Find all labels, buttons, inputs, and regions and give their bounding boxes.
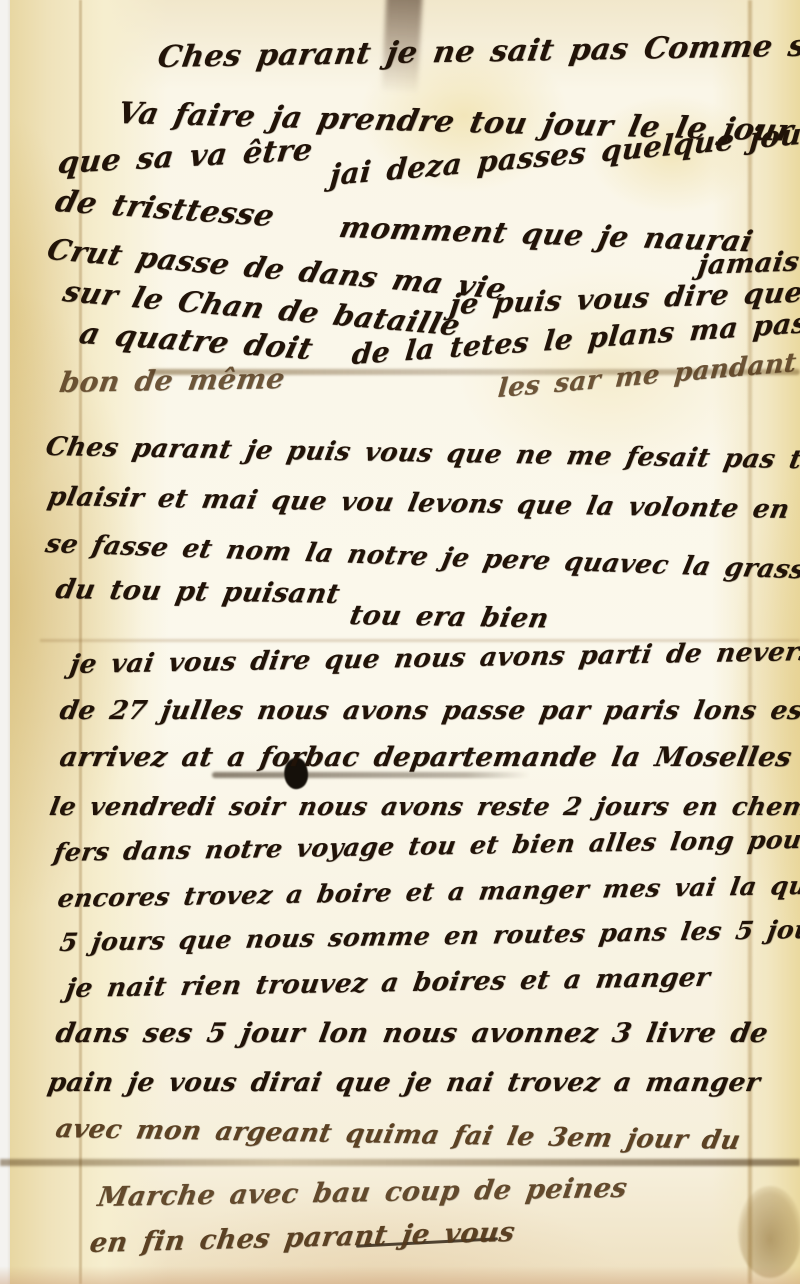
letter-line: Marche avec bau coup de peines [96,1173,630,1213]
letter-paper: Ches parant je ne sait pas Comme saVa fa… [0,0,800,1284]
letter-line: je nait rien trouvez a boires et a mange… [64,963,713,1004]
letter-line: pain je vous dirai que je nai trovez a m… [45,1068,762,1098]
letter-line: momment que je naurai [336,210,756,258]
fingerprint-stain [738,1186,800,1278]
letter-line: dans ses 5 jour lon nous avonnez 3 livre… [53,1018,770,1049]
letter-line: en fin ches parant je vous [88,1217,517,1259]
letter-line: Ches parant je ne sait pas Comme sa [155,28,800,75]
letter-line: de 27 julles nous avons passe par paris … [57,696,800,726]
letter-line: 5 jours que nous somme en routes pans le… [58,915,800,957]
letter-line: bon de même [57,362,287,399]
letter-line: de tristtesse [52,184,278,234]
horizontal-crease-lower [0,1159,800,1166]
bottom-edge-discoloration [0,1266,800,1284]
letter-line: Ches parant je puis vous que ne me fesai… [43,432,800,476]
scan-edge-left [0,0,10,1284]
letter-line: tou era bien [347,600,552,634]
letter-line: plaisir et mai que vou levons que la vol… [45,482,800,526]
letter-line: je vai vous dire que nous avons parti de… [68,637,800,680]
letter-line: encores trovez a boire et a manger mes v… [56,871,800,913]
letter-line: avec mon argeant quima fai le 3em jour d… [53,1114,743,1156]
letter-line: fers dans notre voyage tou et bien alles… [52,824,800,867]
letter-line: le vendredi soir nous avons reste 2 jour… [47,792,800,821]
letter-line: arrivez at a forbac departemande la Mose… [57,742,794,773]
scanned-letter: Ches parant je ne sait pas Comme saVa fa… [0,0,800,1284]
letter-line: que sa va être [56,133,315,182]
letter-line: du tou pt puisant [53,574,343,610]
